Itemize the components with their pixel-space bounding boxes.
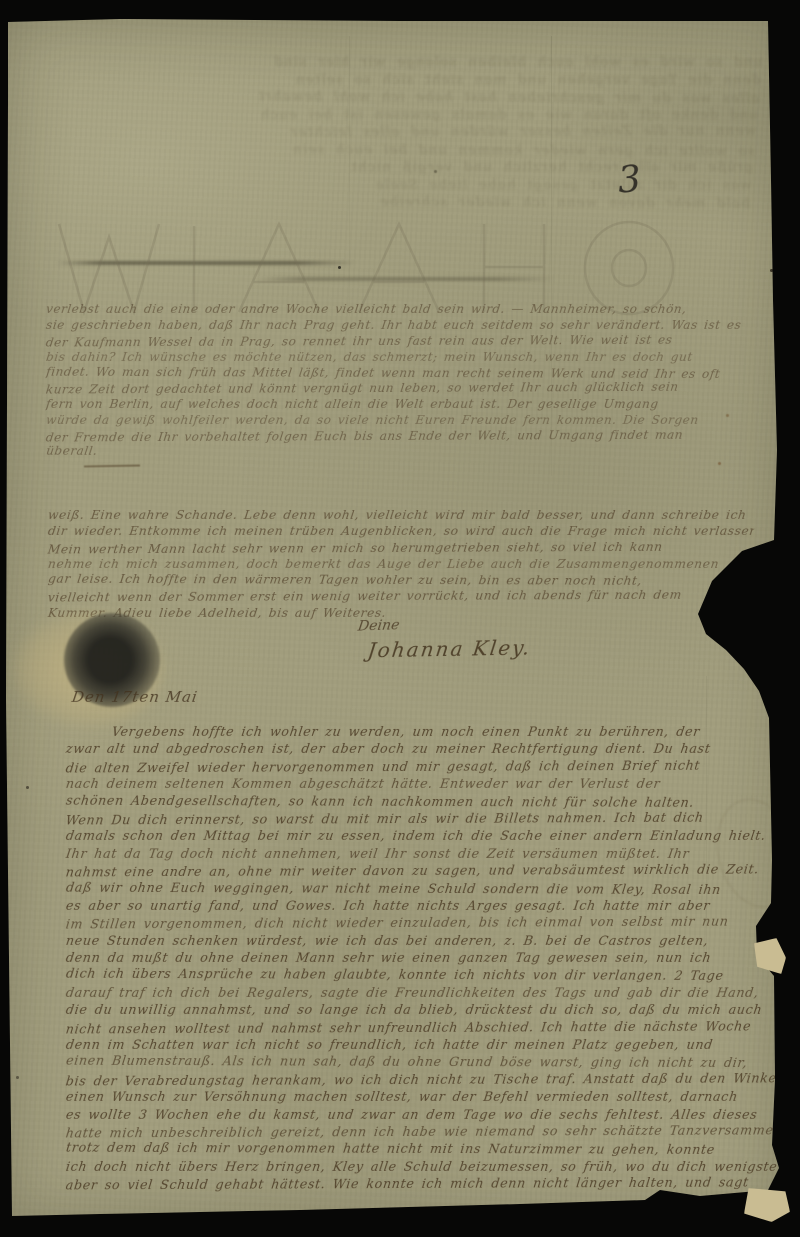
- handwriting-line: es aber so unartig fand, und Gowes. Ich …: [65, 897, 779, 914]
- page-number: 3: [617, 159, 643, 201]
- paper-crease: [349, 36, 350, 316]
- handwriting-line: nach deinem seltenen Kommen abgeschätzt …: [65, 775, 779, 792]
- bleedthrough-line: wenn nur die Zeiten besser würden und al…: [66, 123, 757, 143]
- handwriting-line: es wollte 3 Wochen ehe du kamst, und zwa…: [65, 1106, 779, 1123]
- bleedthrough-line: grüße mir alle recht herzlich und vergiß…: [62, 159, 754, 177]
- paragraph-3: Vergebens hoffte ich wohler zu werden, u…: [66, 723, 778, 1193]
- handwriting-line: bis der Verabredungstag herankam, wo ich…: [65, 1069, 779, 1089]
- paper-crease: [551, 36, 552, 476]
- torn-corner-patch: [744, 1188, 790, 1222]
- letter-page: und so wird es wohl auch bleiben solange…: [6, 16, 784, 1222]
- handwriting-line: einen Wunsch zur Versöhnung machen sollt…: [65, 1088, 779, 1105]
- handwriting-line: denn da mußt du ohne deinen Mann sehr wi…: [65, 949, 779, 966]
- handwriting-line: die alten Zweifel wieder hervorgenommen …: [65, 756, 779, 776]
- handwriting-line: denn im Schatten war ich nicht so freund…: [65, 1036, 779, 1053]
- handwriting-line: darauf traf ich dich bei Regalers, sagte…: [65, 984, 779, 1001]
- paragraph-1: verlebst auch die eine oder andre Woche …: [46, 302, 760, 461]
- handwriting-line: daß wir ohne Euch weggingen, war nicht m…: [65, 878, 779, 898]
- handwriting-line: sie geschrieben haben, daß Ihr nach Prag…: [45, 318, 761, 334]
- bleedthrough-line: denn die Tage vergehen und man sieht sic…: [70, 72, 762, 90]
- date-heading: Den 17ten Mai: [71, 688, 199, 706]
- handwriting-line: Ihr hat da Tag doch nicht annehmen, weil…: [65, 845, 779, 862]
- paper-crease: [706, 676, 707, 1216]
- bleedthrough-line: was ich dir zuletzt gesagt habe liebe Se…: [61, 177, 753, 195]
- paper-specks: [338, 266, 341, 269]
- handwriting-line: Kummer. Adieu liebe Adelheid, bis auf We…: [47, 605, 755, 621]
- handwriting-line: nicht ansehen wolltest und nahmst sehr u…: [65, 1017, 779, 1037]
- handwriting-line: verlebst auch die eine oder andre Woche …: [45, 302, 761, 318]
- handwriting-line: vielleicht wenn der Sommer erst ein weni…: [47, 587, 755, 606]
- handwriting-line: neue Stunden schenken würdest, wie ich d…: [65, 932, 779, 949]
- scanned-letter-photo: und so wird es wohl auch bleiben solange…: [0, 0, 800, 1237]
- handwriting-line: nehme ich mich zusammen, doch bemerkt da…: [47, 556, 755, 572]
- handwriting-line: Wenn Du dich erinnerst, so warst du mit …: [65, 808, 779, 828]
- handwriting-line: weiß. Eine wahre Schande. Lebe denn wohl…: [47, 507, 755, 523]
- handwriting-line: Vergebens hoffte ich wohler zu werden, u…: [65, 723, 779, 740]
- handwriting-line: dir wieder. Entkomme ich meinen trüben A…: [47, 523, 755, 539]
- handwriting-line: Mein werther Mann lacht sehr wenn er mic…: [47, 538, 755, 557]
- paragraph-2: weiß. Eine wahre Schande. Lebe denn wohl…: [48, 507, 754, 621]
- handwriting-line: nahmst eine andre an, ohne mir weiter da…: [65, 861, 779, 881]
- handwriting-line: aber so viel Schuld gehabt hättest. Wie …: [65, 1174, 779, 1194]
- handwriting-line: trotz dem daß ich mir vorgenommen hatte …: [65, 1139, 779, 1159]
- bleedthrough-line: und denke oft daran wie es damals gewese…: [67, 107, 759, 125]
- handwriting-line: im Stillen vorgenommen, dich nicht wiede…: [65, 913, 779, 933]
- underline-stroke: [84, 465, 140, 468]
- handwriting-line: zwar alt und abgedroschen ist, der aber …: [65, 740, 779, 757]
- handwriting-line: würde da gewiß wohlfeiler werden, da so …: [45, 413, 761, 429]
- handwriting-line: damals schon den Mittag bei mir zu essen…: [65, 827, 779, 844]
- bleedthrough-line: so wollte ich gern wieder kommen und bei…: [64, 140, 755, 161]
- valediction: Deine: [357, 617, 401, 634]
- bleedthrough-line: bald mehr davon wenn ich wieder schreibe: [60, 192, 751, 213]
- handwriting-line: überall.: [45, 444, 761, 462]
- bleedthrough-line: und so wird es wohl auch bleiben solange…: [71, 54, 763, 72]
- handwriting-line: fern von Berlin, auf welches doch nicht …: [45, 397, 761, 413]
- handwriting-line: ich doch nicht übers Herz bringen, Kley …: [65, 1158, 779, 1175]
- handwriting-line: bis dahin? Ich wünsche es möchte nützen,…: [45, 350, 761, 366]
- signature: Johanna Kley.: [366, 636, 532, 663]
- bleedthrough-line: alles was du mir geschrieben hast habe i…: [69, 87, 760, 108]
- handwriting-line: der Kaufmann Wessel da in Prag, so renne…: [45, 332, 761, 351]
- bleedthrough-text: und so wird es wohl auch bleiben solange…: [59, 54, 763, 212]
- handwriting-line: die du unwillig annahmst, und so lange i…: [65, 1001, 779, 1018]
- handwriting-line: dich ich übers Ansprüche zu haben glaubt…: [65, 965, 779, 985]
